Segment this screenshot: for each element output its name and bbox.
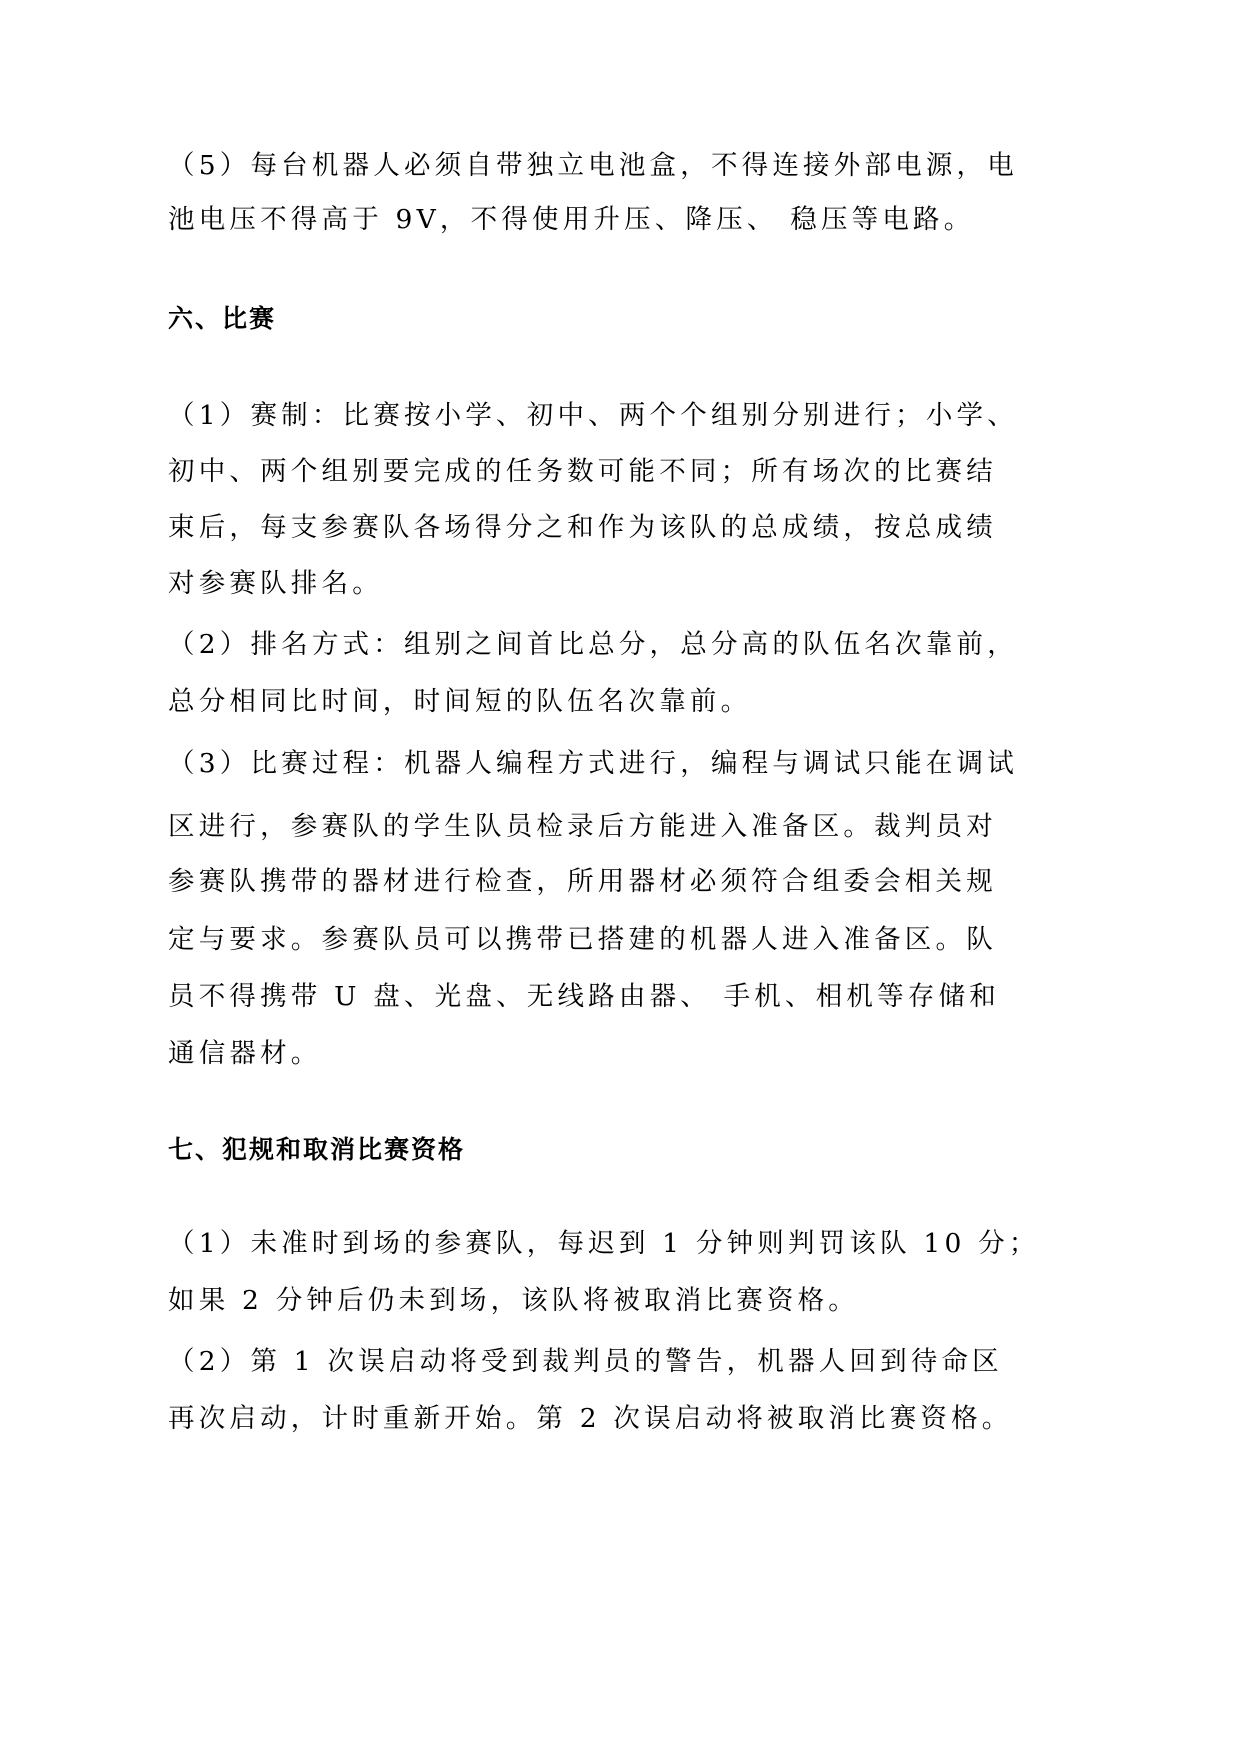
- section-heading: 七、犯规和取消比赛资格: [168, 1134, 465, 1166]
- paragraph-line: （2）第 1 次误启动将受到裁判员的警告，机器人回到待命区: [168, 1346, 1003, 1378]
- paragraph-line: 再次启动，计时重新开始。第 2 次误启动将被取消比赛资格。: [168, 1403, 1013, 1435]
- paragraph-line: 束后，每支参赛队各场得分之和作为该队的总成绩，按总成绩: [168, 512, 997, 544]
- paragraph-line: 区进行，参赛队的学生队员检录后方能进入准备区。裁判员对: [168, 811, 997, 843]
- section-heading: 六、比赛: [168, 303, 276, 335]
- paragraph-line: （1）未准时到场的参赛队，每迟到 1 分钟则判罚该队 10 分；: [168, 1228, 1040, 1260]
- paragraph-line: （3）比赛过程：机器人编程方式进行，编程与调试只能在调试: [168, 748, 1018, 780]
- paragraph-line: 通信器材。: [168, 1038, 322, 1070]
- paragraph-line: 定与要求。参赛队员可以携带已搭建的机器人进入准备区。队: [168, 924, 997, 956]
- paragraph-line: 如果 2 分钟后仍未到场，该队将被取消比赛资格。: [168, 1285, 859, 1317]
- paragraph-line: 总分相同比时间，时间短的队伍名次靠前。: [168, 686, 751, 718]
- paragraph-line: 员不得携带 U 盘、光盘、无线路由器、 手机、相机等存储和: [168, 981, 1000, 1013]
- paragraph-line: 参赛队携带的器材进行检查，所用器材必须符合组委会相关规: [168, 866, 997, 898]
- paragraph-line: （1）赛制：比赛按小学、初中、两个个组别分别进行；小学、: [168, 400, 1018, 432]
- paragraph-line: 初中、两个组别要完成的任务数可能不同；所有场次的比赛结: [168, 456, 997, 488]
- paragraph-line: 对参赛队排名。: [168, 568, 383, 600]
- paragraph-line: （2）排名方式：组别之间首比总分，总分高的队伍名次靠前，: [168, 629, 1018, 661]
- paragraph-line: 池电压不得高于 9V，不得使用升压、降压、 稳压等电路。: [168, 204, 974, 236]
- paragraph-line: （5）每台机器人必须自带独立电池盒，不得连接外部电源，电: [168, 150, 1018, 182]
